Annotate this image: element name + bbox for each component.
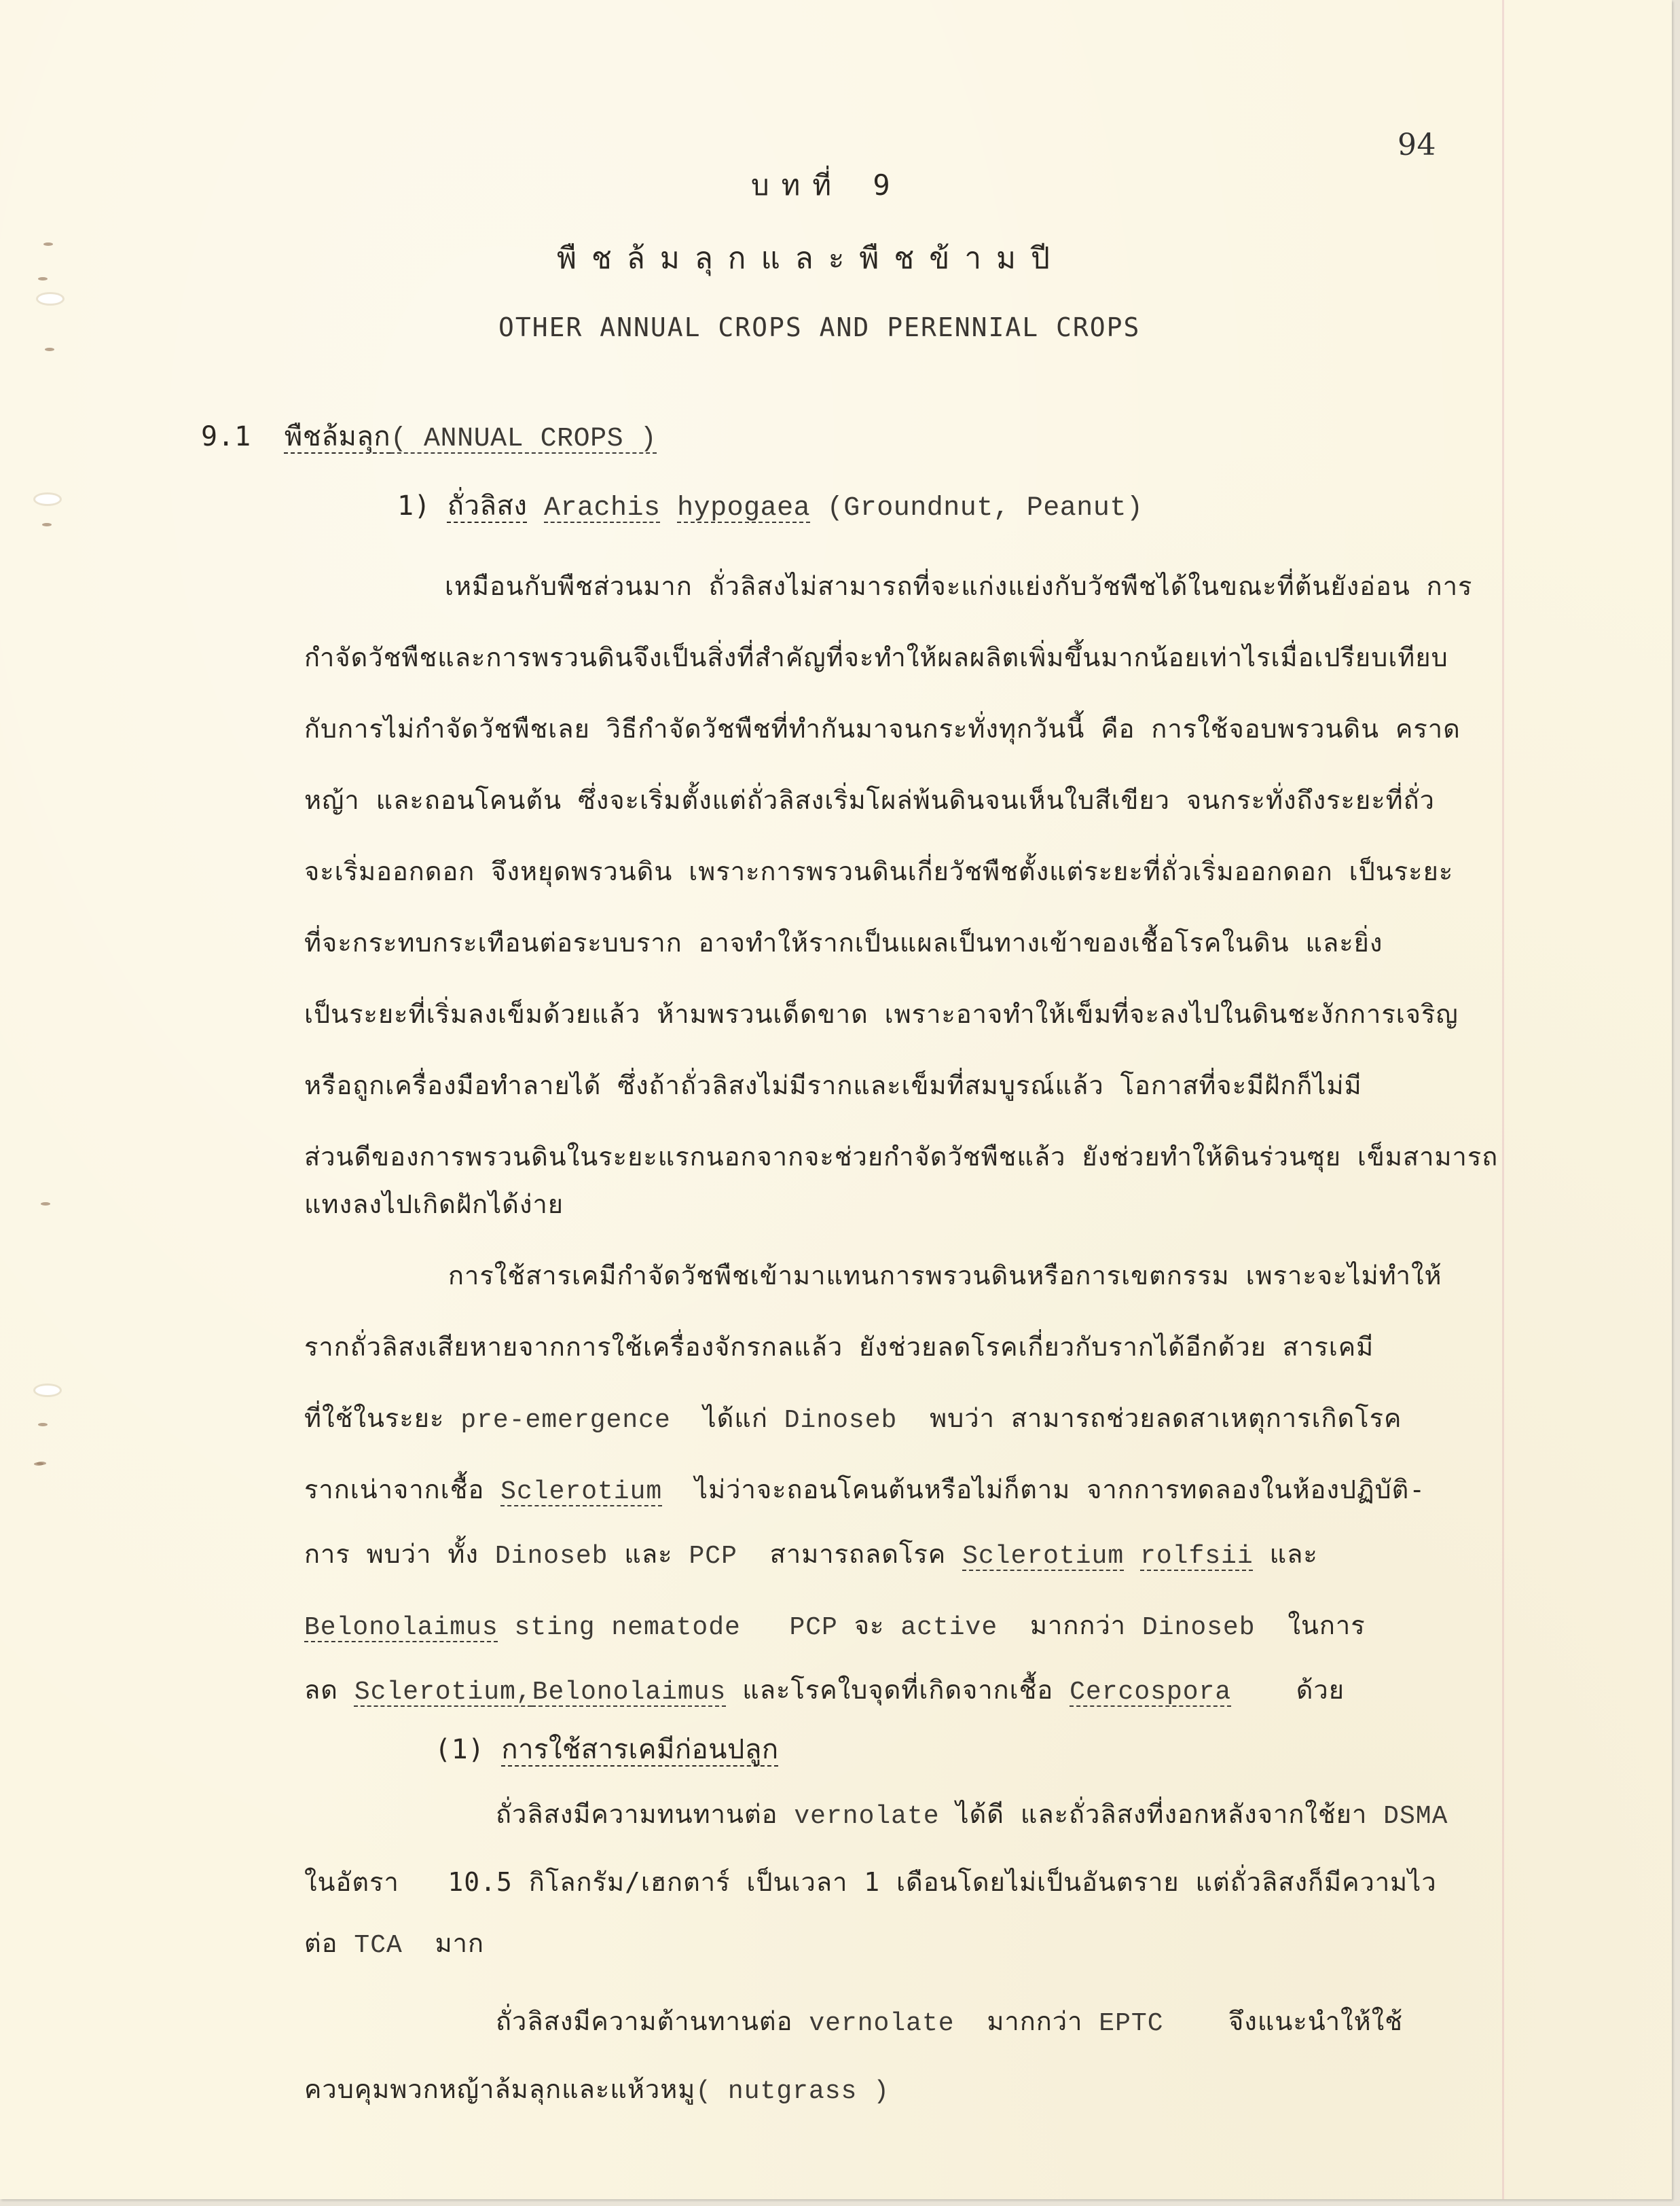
chapter-heading: บทที่ 9: [751, 163, 902, 208]
paragraph-1-line: เหมือนกับพืชส่วนมาก ถั่วลิสงไม่สามารถที่…: [445, 565, 1472, 607]
paragraph-3-line: ในอัตรา 10.5 กิโลกรัม/เฮกตาร์ เป็นเวลา 1…: [304, 1861, 1437, 1902]
paragraph-4-line: ถั่วลิสงมีความต้านทานต่อ vernolate มากกว…: [496, 2000, 1403, 2042]
section-heading: 9.1 พืชล้มลุก( ANNUAL CROPS ): [201, 414, 657, 458]
subheading-pre-plant-chemicals: (1) การใช้สารเคมีก่อนปลูก: [435, 1727, 779, 1771]
species-sclerotium: Sclerotium: [500, 1477, 662, 1506]
genus-name: Arachis: [544, 493, 661, 524]
paragraph-1-line: จะเริ่มออกดอก จึงหยุดพรวนดิน เพราะการพรว…: [304, 850, 1453, 892]
scanned-page: 94 บทที่ 9 พืชล้มลุกและพืชข้ามปี OTHER A…: [0, 0, 1672, 2199]
paragraph-2-line: การ พบว่า ทั้ง Dinoseb และ PCP สามารถลดโ…: [304, 1533, 1318, 1574]
subsection-heading: 1) ถั่วลิสง Arachis hypogaea (Groundnut,…: [397, 484, 1143, 527]
paper-speck: [43, 242, 53, 246]
paragraph-1-line: กับการไม่กำจัดวัชพืชเลย วิธีกำจัดวัชพืชท…: [304, 708, 1461, 749]
paper-speck: [38, 277, 48, 281]
paper-speck: [41, 1202, 50, 1206]
species-cercospora: Cercospora: [1070, 1678, 1231, 1707]
paper-speck: [38, 1423, 48, 1426]
page-number: 94: [1398, 128, 1436, 162]
paragraph-2-line: ที่ใช้ในระยะ pre-emergence ได้แก่ Dinose…: [304, 1397, 1402, 1439]
crop-name-thai: ถั่วลิสง: [448, 490, 528, 522]
paragraph-2-line: รากเน่าจากเชื้อ Sclerotium ไม่ว่าจะถอนโค…: [304, 1468, 1425, 1510]
species-belonolaimus: Belonolaimus: [304, 1613, 498, 1642]
paper-speck: [42, 523, 52, 526]
paragraph-1-line: ที่จะกระทบกระเทือนต่อระบบราก อาจทำให้ราก…: [304, 922, 1383, 963]
species-sclerotium: Sclerotium: [962, 1542, 1124, 1571]
species-name: hypogaea: [677, 493, 810, 524]
paragraph-2-line: การใช้สารเคมีกำจัดวัชพืชเข้ามาแทนการพรวน…: [448, 1254, 1442, 1296]
paragraph-1-line: หรือถูกเครื่องมือทำลายได้ ซึ่งถ้าถั่วลิส…: [304, 1064, 1362, 1106]
section-title-thai: พืชล้มลุก: [285, 421, 390, 452]
punch-hole: [35, 494, 60, 504]
paragraph-4-line: ควบคุมพวกหญ้าล้มลุกและแห้วหมู( nutgrass …: [304, 2068, 890, 2110]
chemical-dinoseb: Dinoseb: [784, 1406, 898, 1435]
paragraph-3-line: ถั่วลิสงมีความทนทานต่อ vernolate ได้ดี แ…: [496, 1793, 1448, 1834]
paragraph-1-line: ส่วนดีของการพรวนดินในระยะแรกนอกจากจะช่วย…: [304, 1136, 1498, 1177]
section-title-english: ( ANNUAL CROPS ): [390, 424, 657, 454]
paper-speck: [45, 348, 54, 351]
punch-hole: [38, 294, 62, 304]
paragraph-1-line: กำจัดวัชพืชและการพรวนดินจึงเป็นสิ่งที่สำ…: [304, 636, 1448, 678]
chapter-title-thai: พืชล้มลุกและพืชข้ามปี: [557, 234, 1065, 282]
term-pre-emergence: pre-emergence: [460, 1406, 670, 1435]
paragraph-1-line: แทงลงไปเกิดฝักได้ง่าย: [304, 1183, 564, 1225]
margin-rule: [1502, 0, 1504, 2199]
paragraph-1-line: หญ้า และถอนโคนต้น ซึ่งจะเริ่มตั้งแต่ถั่ว…: [304, 779, 1435, 820]
paragraph-2-line: ลด Sclerotium,Belonolaimus และโรคใบจุดที…: [304, 1669, 1345, 1710]
subsection-number: 1): [397, 490, 431, 522]
chapter-title-english: OTHER ANNUAL CROPS AND PERENNIAL CROPS: [498, 312, 1140, 342]
paragraph-2-line: รากถั่วลิสงเสียหายจากการใช้เครื่องจักรกล…: [304, 1326, 1374, 1367]
punch-hole: [35, 1386, 60, 1395]
paper-speck: [37, 1462, 46, 1465]
section-number: 9.1: [201, 421, 251, 452]
paragraph-1-line: เป็นระยะที่เริ่มลงเข็มด้วยแล้ว ห้ามพรวนเ…: [304, 993, 1459, 1034]
species-rolfsii: rolfsii: [1140, 1542, 1254, 1571]
common-names: (Groundnut, Peanut): [827, 493, 1144, 524]
paragraph-2-line: Belonolaimus sting nematode PCP จะ activ…: [304, 1604, 1366, 1646]
paragraph-3-line: ต่อ TCA มาก: [304, 1922, 484, 1964]
